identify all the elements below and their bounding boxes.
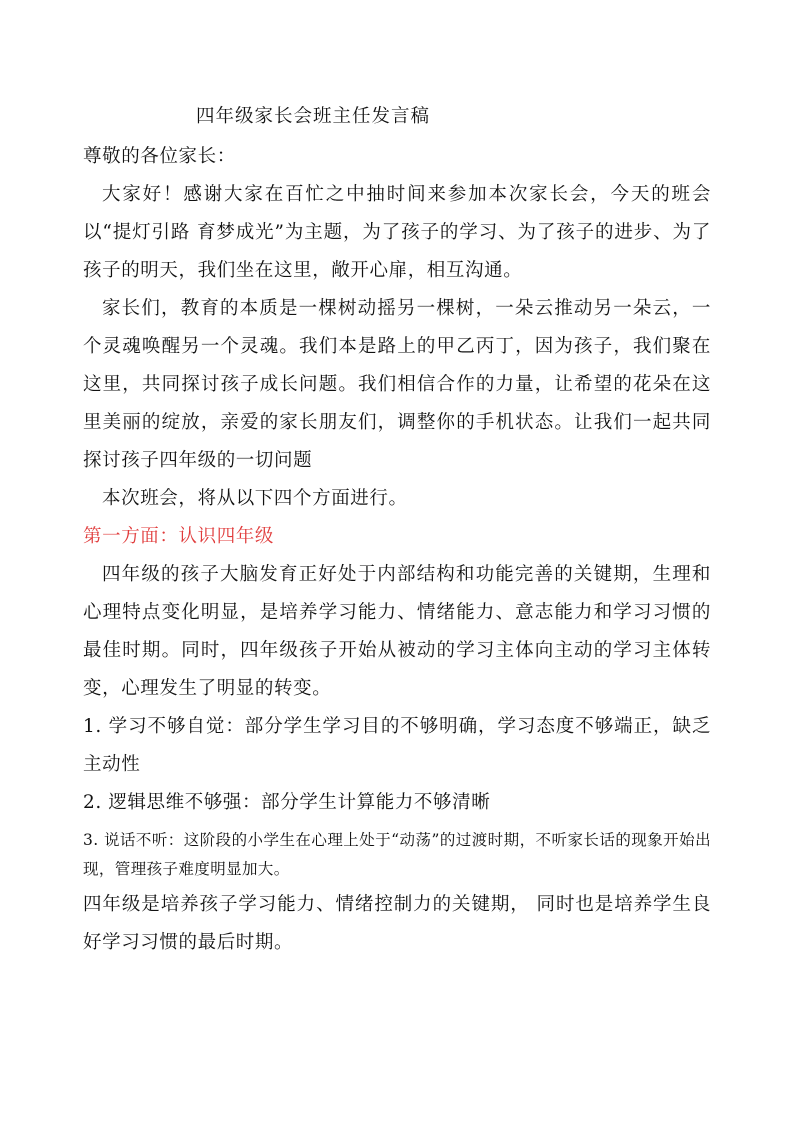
list-item-1: 1. 学习不够自觉：部分学生学习目的不够明确，学习态度不够端正，缺乏主动性 <box>83 708 711 784</box>
document-title: 四年级家长会班主任发言稿 <box>83 100 711 134</box>
paragraph-education: 家长们，教育的本质是一棵树动摇另一棵树，一朵云推动另一朵云，一个灵魂唤醒另一个灵… <box>83 290 711 480</box>
section-intro: 四年级的孩子大脑发育正好处于内部结构和功能完善的关键期，生理和心理特点变化明显，… <box>83 556 711 708</box>
list-item-2: 2. 逻辑思维不够强：部分学生计算能力不够清晰 <box>83 784 711 822</box>
list-item-3: 3. 说话不听：这阶段的小学生在心理上处于“动荡”的过渡时期，不听家长话的现象开… <box>83 826 711 884</box>
paragraph-greeting: 大家好！感谢大家在百忙之中抽时间来参加本次家长会，今天的班会以“提灯引路 育梦成… <box>83 176 711 290</box>
section-heading: 第一方面：认识四年级 <box>83 518 711 556</box>
document-page: 四年级家长会班主任发言稿 尊敬的各位家长： 大家好！感谢大家在百忙之中抽时间来参… <box>83 100 711 962</box>
section-conclusion: 四年级是培养孩子学习能力、情绪控制力的关键期， 同时也是培养学生良好学习习惯的最… <box>83 886 711 962</box>
paragraph-agenda: 本次班会，将从以下四个方面进行。 <box>83 480 711 518</box>
salutation: 尊敬的各位家长： <box>83 138 711 176</box>
